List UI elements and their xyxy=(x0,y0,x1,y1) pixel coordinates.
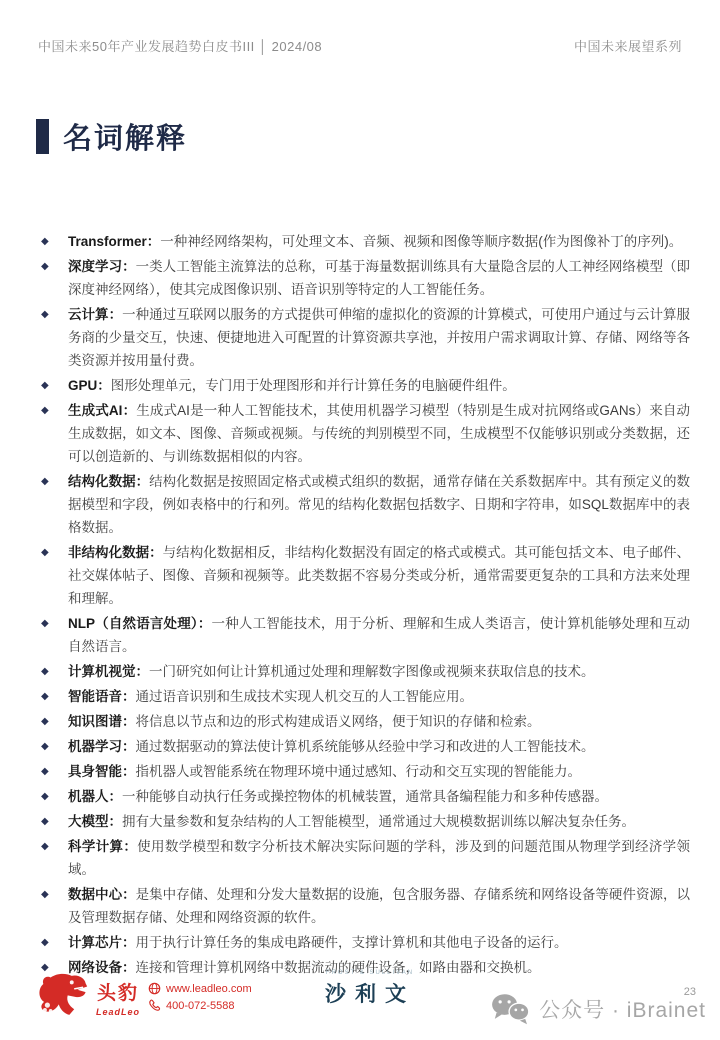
glossary-term: 计算芯片： xyxy=(68,935,136,950)
diamond-bullet-icon: ◆ xyxy=(38,470,68,493)
diamond-bullet-icon: ◆ xyxy=(38,760,68,783)
page-header: 中国未来50年产业发展趋势白皮书III │ 2024/08 中国未来展望系列 xyxy=(38,36,682,55)
glossary-definition: 通过语音识别和生成技术实现人机交互的人工智能应用。 xyxy=(136,689,474,704)
diamond-bullet-icon: ◆ xyxy=(38,541,68,564)
glossary-definition: 使用数学模型和数字分析技术解决实际问题的学科，涉及到的问题范围从物理学到经济学领… xyxy=(68,839,690,877)
glossary-text: 机器学习：通过数据驱动的算法使计算机系统能够从经验中学习和改进的人工智能技术。 xyxy=(68,735,690,758)
diamond-bullet-icon: ◆ xyxy=(38,374,68,397)
glossary-term: 生成式AI： xyxy=(68,403,136,418)
glossary-text: Transformer：一种神经网络架构，可处理文本、音频、视频和图像等顺序数据… xyxy=(68,230,690,253)
diamond-bullet-icon: ◆ xyxy=(38,660,68,683)
glossary-term: 结构化数据： xyxy=(68,474,149,489)
glossary-text: NLP（自然语言处理）：一种人工智能技术，用于分析、理解和生成人类语言，使计算机… xyxy=(68,612,690,658)
glossary-item: ◆ 知识图谱：将信息以节点和边的形式构建成语义网络，便于知识的存储和检索。 xyxy=(38,710,690,733)
glossary-item: ◆ 机器学习：通过数据驱动的算法使计算机系统能够从经验中学习和改进的人工智能技术… xyxy=(38,735,690,758)
leadleo-website[interactable]: www.leadleo.com xyxy=(166,983,252,995)
glossary-definition: 通过数据驱动的算法使计算机系统能够从经验中学习和改进的人工智能技术。 xyxy=(136,739,595,754)
glossary-term: 具身智能： xyxy=(68,764,136,779)
diamond-bullet-icon: ◆ xyxy=(38,612,68,635)
glossary-term: 云计算： xyxy=(68,307,122,322)
glossary-item: ◆ 具身智能：指机器人或智能系统在物理环境中通过感知、行动和交互实现的智能能力。 xyxy=(38,760,690,783)
glossary-text: 计算机视觉：一门研究如何让计算机通过处理和理解数字图像或视频来获取信息的技术。 xyxy=(68,660,690,683)
glossary-term: 机器人： xyxy=(68,789,122,804)
diamond-bullet-icon: ◆ xyxy=(38,230,68,253)
glossary-term: 大模型： xyxy=(68,814,122,829)
diamond-bullet-icon: ◆ xyxy=(38,685,68,708)
glossary-list: ◆ Transformer：一种神经网络架构，可处理文本、音频、视频和图像等顺序… xyxy=(38,230,690,981)
glossary-item: ◆ Transformer：一种神经网络架构，可处理文本、音频、视频和图像等顺序… xyxy=(38,230,690,253)
wechat-block: 公众号 · iBrainet xyxy=(489,992,706,1026)
glossary-definition: 是集中存储、处理和分发大量数据的设施，包含服务器、存储系统和网络设备等硬件资源，… xyxy=(68,887,690,925)
wechat-icon xyxy=(489,992,531,1026)
glossary-item: ◆ 计算机视觉：一门研究如何让计算机通过处理和理解数字图像或视频来获取信息的技术… xyxy=(38,660,690,683)
glossary-text: 大模型：拥有大量参数和复杂结构的人工智能模型，通常通过大规模数据训练以解决复杂任… xyxy=(68,810,690,833)
glossary-text: 结构化数据：结构化数据是按照固定格式或模式组织的数据，通常存储在关系数据库中。其… xyxy=(68,470,690,539)
diamond-bullet-icon: ◆ xyxy=(38,303,68,326)
glossary-text: 数据中心：是集中存储、处理和分发大量数据的设施，包含服务器、存储系统和网络设备等… xyxy=(68,883,690,929)
glossary-definition: 图形处理单元，专门用于处理图形和并行计算任务的电脑硬件组件。 xyxy=(111,378,516,393)
phone-line: 400-072-5588 xyxy=(148,999,252,1012)
glossary-text: 计算芯片：用于执行计算任务的集成电路硬件，支撑计算机和其他电子设备的运行。 xyxy=(68,931,690,954)
glossary-item: ◆ 深度学习：一类人工智能主流算法的总称，可基于海量数据训练具有大量隐含层的人工… xyxy=(38,255,690,301)
sullivan-name: 沙利文 xyxy=(305,978,435,1008)
diamond-bullet-icon: ◆ xyxy=(38,399,68,422)
globe-icon xyxy=(148,982,161,995)
header-right-series: 中国未来展望系列 xyxy=(574,36,682,55)
glossary-item: ◆ 数据中心：是集中存储、处理和分发大量数据的设施，包含服务器、存储系统和网络设… xyxy=(38,883,690,929)
glossary-text: 智能语音：通过语音识别和生成技术实现人机交互的人工智能应用。 xyxy=(68,685,690,708)
glossary-text: 具身智能：指机器人或智能系统在物理环境中通过感知、行动和交互实现的智能能力。 xyxy=(68,760,690,783)
glossary-definition: 将信息以节点和边的形式构建成语义网络，便于知识的存储和检索。 xyxy=(136,714,541,729)
glossary-term: 智能语音： xyxy=(68,689,136,704)
glossary-item: ◆ GPU：图形处理单元，专门用于处理图形和并行计算任务的电脑硬件组件。 xyxy=(38,374,690,397)
leadleo-name-col: 头豹 LeadLeo xyxy=(96,978,140,1017)
diamond-bullet-icon: ◆ xyxy=(38,785,68,808)
glossary-definition: 一类人工智能主流算法的总称，可基于海量数据训练具有大量隐含层的人工神经网络模型（… xyxy=(68,259,690,297)
sullivan-small-text: FROST & SULLIVAN xyxy=(305,970,435,976)
header-left-title: 中国未来50年产业发展趋势白皮书III │ 2024/08 xyxy=(38,36,322,55)
leadleo-name: 头豹 xyxy=(97,978,139,1005)
leadleo-brand: LeadLeo xyxy=(96,1007,140,1017)
phone-icon xyxy=(148,999,161,1012)
wechat-account-label: 公众号 · iBrainet xyxy=(539,994,706,1024)
glossary-item: ◆ 生成式AI：生成式AI是一种人工智能技术，其使用机器学习模型（特别是生成对抗… xyxy=(38,399,690,468)
whitepaper-page: 中国未来50年产业发展趋势白皮书III │ 2024/08 中国未来展望系列 名… xyxy=(0,0,720,1040)
glossary-item: ◆ 智能语音：通过语音识别和生成技术实现人机交互的人工智能应用。 xyxy=(38,685,690,708)
glossary-item: ◆ 结构化数据：结构化数据是按照固定格式或模式组织的数据，通常存储在关系数据库中… xyxy=(38,470,690,539)
diamond-bullet-icon: ◆ xyxy=(38,883,68,906)
glossary-text: 生成式AI：生成式AI是一种人工智能技术，其使用机器学习模型（特别是生成对抗网络… xyxy=(68,399,690,468)
glossary-item: ◆ 计算芯片：用于执行计算任务的集成电路硬件，支撑计算机和其他电子设备的运行。 xyxy=(38,931,690,954)
glossary-item: ◆ 云计算：一种通过互联网以服务的方式提供可伸缩的虚拟化的资源的计算模式，可使用… xyxy=(38,303,690,372)
leadleo-contact: www.leadleo.com 400-072-5588 xyxy=(148,982,252,1012)
glossary-definition: 用于执行计算任务的集成电路硬件，支撑计算机和其他电子设备的运行。 xyxy=(136,935,568,950)
title-accent-bar xyxy=(36,119,49,154)
leopard-logo-icon xyxy=(36,972,88,1022)
page-title: 名词解释 xyxy=(63,116,187,157)
glossary-item: ◆ NLP（自然语言处理）：一种人工智能技术，用于分析、理解和生成人类语言，使计… xyxy=(38,612,690,658)
leadleo-logo-block: 头豹 LeadLeo www.leadleo.com 400-072- xyxy=(36,972,252,1022)
diamond-bullet-icon: ◆ xyxy=(38,835,68,858)
glossary-definition: 拥有大量参数和复杂结构的人工智能模型，通常通过大规模数据训练以解决复杂任务。 xyxy=(122,814,635,829)
glossary-item: ◆ 科学计算：使用数学模型和数字分析技术解决实际问题的学科，涉及到的问题范围从物… xyxy=(38,835,690,881)
glossary-definition: 一门研究如何让计算机通过处理和理解数字图像或视频来获取信息的技术。 xyxy=(149,664,595,679)
diamond-bullet-icon: ◆ xyxy=(38,710,68,733)
glossary-text: 非结构化数据：与结构化数据相反，非结构化数据没有固定的格式或模式。其可能包括文本… xyxy=(68,541,690,610)
glossary-text: 云计算：一种通过互联网以服务的方式提供可伸缩的虚拟化的资源的计算模式，可使用户通… xyxy=(68,303,690,372)
glossary-item: ◆ 机器人：一种能够自动执行任务或操控物体的机械装置，通常具备编程能力和多种传感… xyxy=(38,785,690,808)
glossary-definition: 一种神经网络架构，可处理文本、音频、视频和图像等顺序数据(作为图像补丁的序列)。 xyxy=(160,234,682,249)
glossary-item: ◆ 非结构化数据：与结构化数据相反，非结构化数据没有固定的格式或模式。其可能包括… xyxy=(38,541,690,610)
glossary-definition: 结构化数据是按照固定格式或模式组织的数据，通常存储在关系数据库中。其有预定义的数… xyxy=(68,474,690,535)
sullivan-logo-block: FROST & SULLIVAN 沙利文 xyxy=(305,970,435,1008)
website-line: www.leadleo.com xyxy=(148,982,252,995)
glossary-text: 机器人：一种能够自动执行任务或操控物体的机械装置，通常具备编程能力和多种传感器。 xyxy=(68,785,690,808)
glossary-text: 科学计算：使用数学模型和数字分析技术解决实际问题的学科，涉及到的问题范围从物理学… xyxy=(68,835,690,881)
glossary-term: 数据中心： xyxy=(68,887,136,902)
diamond-bullet-icon: ◆ xyxy=(38,810,68,833)
glossary-text: 知识图谱：将信息以节点和边的形式构建成语义网络，便于知识的存储和检索。 xyxy=(68,710,690,733)
glossary-definition: 指机器人或智能系统在物理环境中通过感知、行动和交互实现的智能能力。 xyxy=(136,764,582,779)
glossary-text: 深度学习：一类人工智能主流算法的总称，可基于海量数据训练具有大量隐含层的人工神经… xyxy=(68,255,690,301)
glossary-term: 机器学习： xyxy=(68,739,136,754)
glossary-text: GPU：图形处理单元，专门用于处理图形和并行计算任务的电脑硬件组件。 xyxy=(68,374,690,397)
glossary-term: 非结构化数据： xyxy=(68,545,163,560)
glossary-term: 科学计算： xyxy=(68,839,137,854)
glossary-definition: 生成式AI是一种人工智能技术，其使用机器学习模型（特别是生成对抗网络或GANs）… xyxy=(68,403,690,464)
diamond-bullet-icon: ◆ xyxy=(38,735,68,758)
glossary-item: ◆ 大模型：拥有大量参数和复杂结构的人工智能模型，通常通过大规模数据训练以解决复… xyxy=(38,810,690,833)
glossary-term: NLP（自然语言处理）： xyxy=(68,616,212,631)
glossary-term: 计算机视觉： xyxy=(68,664,149,679)
glossary-term: Transformer： xyxy=(68,234,160,249)
glossary-term: 深度学习： xyxy=(68,259,136,274)
page-footer: 头豹 LeadLeo www.leadleo.com 400-072- xyxy=(0,960,720,1040)
glossary-term: GPU： xyxy=(68,378,111,393)
glossary-term: 知识图谱： xyxy=(68,714,136,729)
diamond-bullet-icon: ◆ xyxy=(38,931,68,954)
glossary-definition: 一种通过互联网以服务的方式提供可伸缩的虚拟化的资源的计算模式，可使用户通过与云计… xyxy=(68,307,690,368)
section-title-row: 名词解释 xyxy=(36,116,187,157)
glossary-definition: 一种能够自动执行任务或操控物体的机械装置，通常具备编程能力和多种传感器。 xyxy=(122,789,608,804)
leadleo-phone: 400-072-5588 xyxy=(166,1000,235,1012)
diamond-bullet-icon: ◆ xyxy=(38,255,68,278)
